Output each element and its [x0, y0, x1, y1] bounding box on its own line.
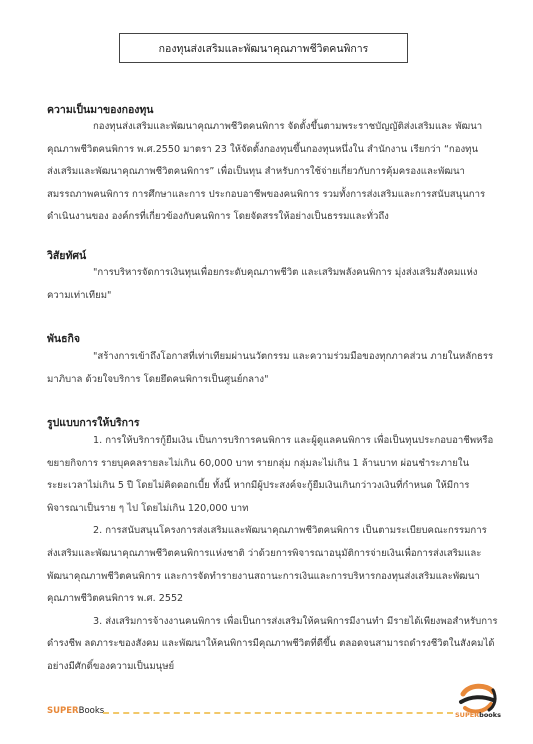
- document-title: กองทุนส่งเสริมและพัฒนาคุณภาพชีวิตคนพิการ: [159, 40, 369, 57]
- paragraph-line: 1. การให้บริการกู้ยืมเงิน เป็นการบริการค…: [47, 430, 487, 453]
- paragraph-line: ระยะเวลาไม่เกิน 5 ปี โดยไม่คิดดอกเบี้ย ท…: [47, 475, 487, 498]
- footer-brand: SUPERBooks: [47, 706, 104, 716]
- paragraph-line: มาภิบาล ด้วยใจบริการ โดยยึดคนพิการเป็นศู…: [47, 369, 487, 392]
- document-page: กองทุนส่งเสริมและพัฒนาคุณภาพชีวิตคนพิการ…: [0, 0, 533, 744]
- paragraph-line: พัฒนาคุณภาพชีวิตคนพิการ และการจัดทำรายงา…: [47, 566, 487, 589]
- paragraph-line: 2. การสนับสนุนโครงการส่งเสริมและพัฒนาคุณ…: [47, 520, 487, 543]
- logo-wordmark-super: SUPER: [455, 711, 479, 719]
- section-body-mission: "สร้างการเข้าถึงโอกาสที่เท่าเทียมผ่านนวั…: [47, 346, 487, 391]
- footer-brand-books: Books: [79, 706, 105, 716]
- paragraph-line: ดำรงชีพ ลดภาระของสังคม และพัฒนาให้คนพิกา…: [47, 633, 487, 656]
- paragraph-line: ขยายกิจการ รายบุคคลรายละไม่เกิน 60,000 บ…: [47, 453, 487, 476]
- paragraph-line: คุณภาพชีวิตคนพิการ พ.ศ.2550 มาตรา 23 ให้…: [47, 139, 487, 162]
- paragraph-line: ความเท่าเทียม": [47, 285, 487, 308]
- paragraph-line: พิจารณาเป็นราย ๆ ไป โดยไม่เกิน 120,000 บ…: [47, 498, 487, 521]
- paragraph-line: "สร้างการเข้าถึงโอกาสที่เท่าเทียมผ่านนวั…: [47, 346, 487, 369]
- paragraph-line: ดำเนินงานของ องค์กรที่เกี่ยวข้องกับคนพิก…: [47, 206, 487, 229]
- logo-wordmark: SUPERbooks: [455, 711, 501, 719]
- paragraph-line: กองทุนส่งเสริมและพัฒนาคุณภาพชีวิตคนพิการ…: [47, 116, 487, 139]
- paragraph-line: ส่งเสริมและพัฒนาคุณภาพชีวิตคนพิการ” เพื่…: [47, 161, 487, 184]
- section-body-vision: "การบริหารจัดการเงินทุนเพื่อยกระดับคุณภา…: [47, 262, 487, 307]
- footer-divider: [103, 712, 453, 714]
- section-body-history: กองทุนส่งเสริมและพัฒนาคุณภาพชีวิตคนพิการ…: [47, 116, 487, 229]
- document-title-box: กองทุนส่งเสริมและพัฒนาคุณภาพชีวิตคนพิการ: [119, 33, 408, 63]
- paragraph-line: "การบริหารจัดการเงินทุนเพื่อยกระดับคุณภา…: [47, 262, 487, 285]
- section-body-services: 1. การให้บริการกู้ยืมเงิน เป็นการบริการค…: [47, 430, 487, 679]
- paragraph-line: สมรรถภาพคนพิการ การศึกษาและการ ประกอบอาช…: [47, 184, 487, 207]
- section-heading-mission: พันธกิจ: [47, 330, 80, 347]
- section-heading-services: รูปแบบการให้บริการ: [47, 414, 140, 431]
- paragraph-line: ส่งเสริมและพัฒนาคุณภาพชีวิตคนพิการแห่งชา…: [47, 543, 487, 566]
- paragraph-line: 3. ส่งเสริมการจ้างงานคนพิการ เพื่อเป็นกา…: [47, 611, 487, 634]
- logo-wordmark-books: books: [479, 711, 501, 719]
- paragraph-line: คุณภาพชีวิตคนพิการ พ.ศ. 2552: [47, 588, 487, 611]
- paragraph-line: อย่างมีศักดิ์ของความเป็นมนุษย์: [47, 656, 487, 679]
- footer-brand-super: SUPER: [47, 706, 79, 716]
